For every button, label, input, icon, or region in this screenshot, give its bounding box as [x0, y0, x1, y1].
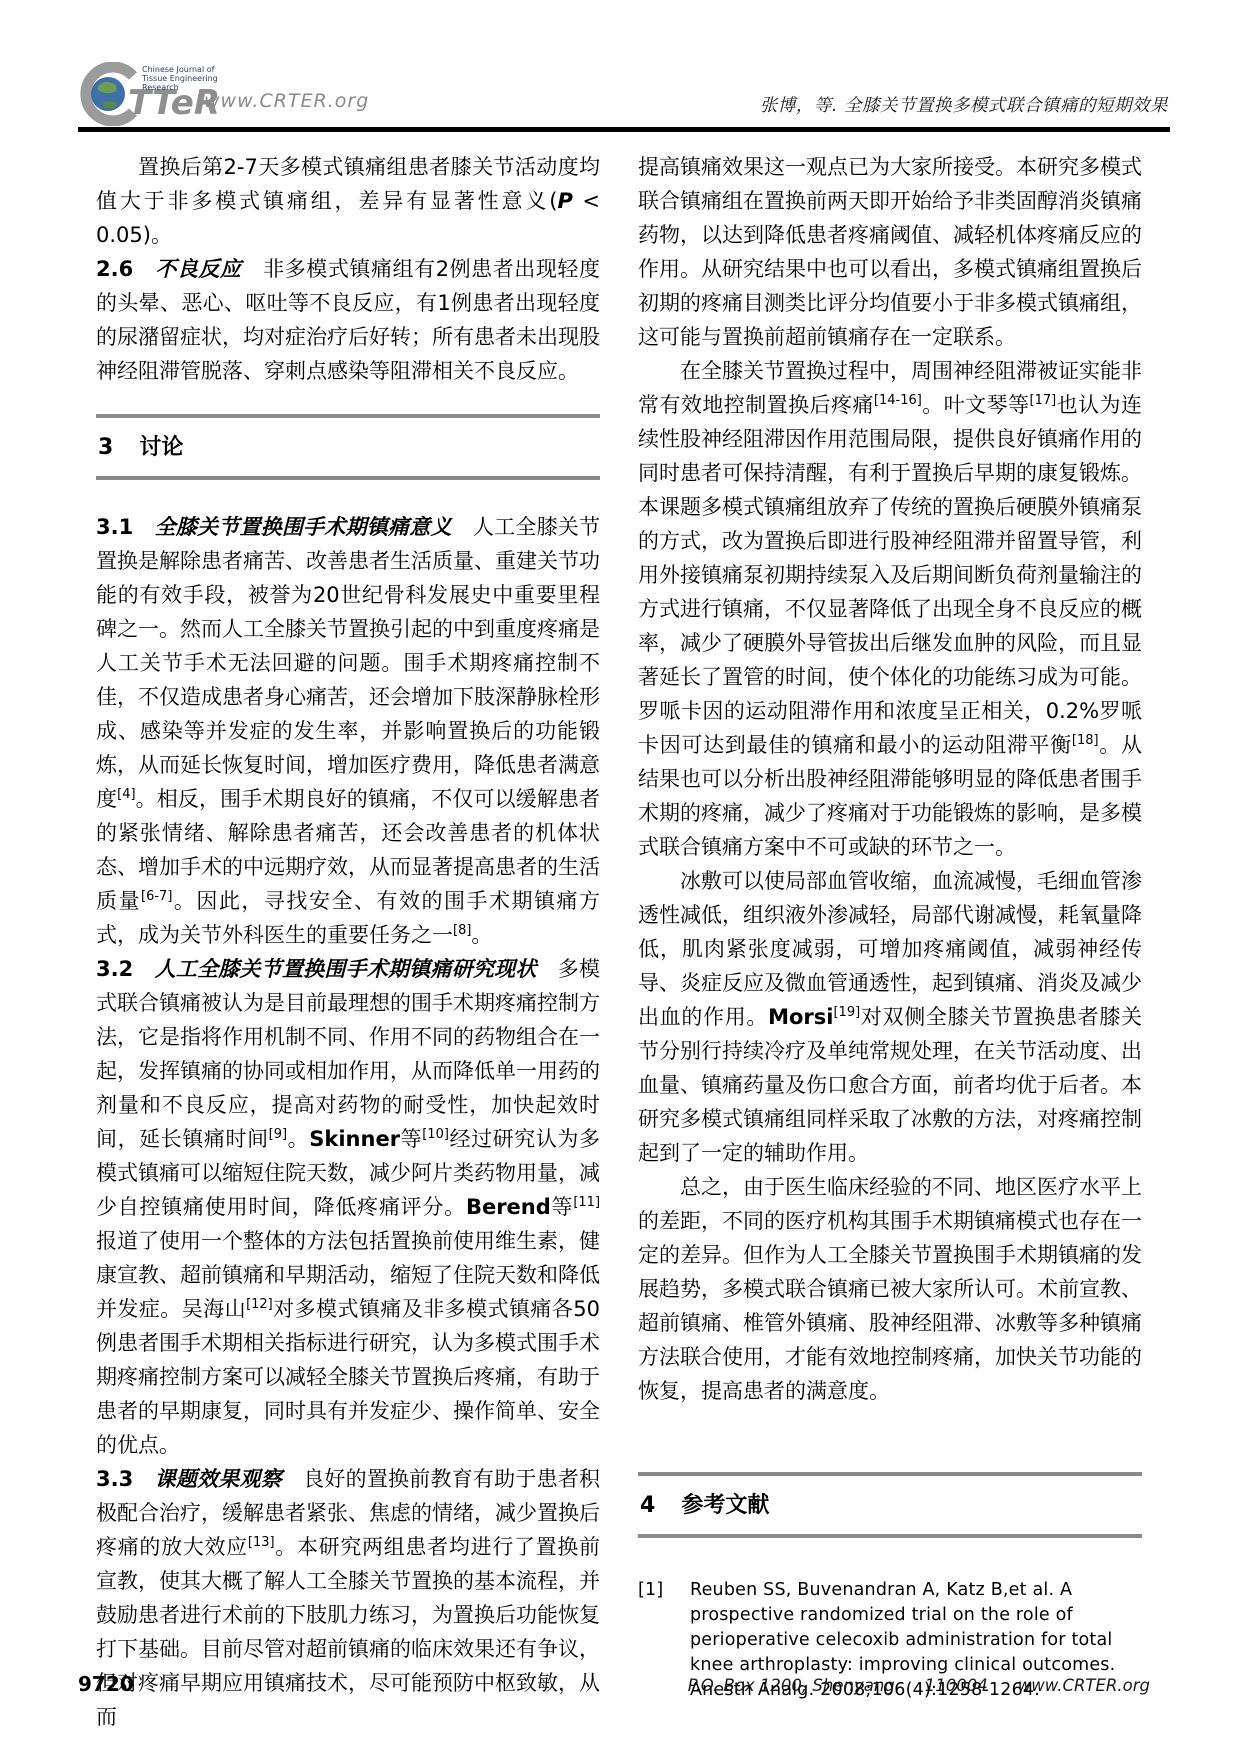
text-run: 多模式联合镇痛被认为是目前最理想的围手术期疼痛控制方法，它是指将作用机制不同、作… [96, 957, 600, 1151]
text-run: 。本研究两组患者均进行了置换前宣教，使其大概了解人工全膝关节置换的基本流程，并鼓… [96, 1535, 600, 1729]
section-heading: 4参考文献 [638, 1472, 1142, 1538]
logo-tagline-line2: Tissue Engineering [141, 74, 218, 83]
text-run: 。 [471, 923, 492, 947]
section-number: 4 [640, 1489, 655, 1523]
text-run: 。因此，寻找安全、有效的围手术期镇痛方式，成为关节外科医生的重要任务之一 [96, 889, 600, 947]
text-run: 置换后第2-7天多模式镇痛组患者膝关节活动度均值大于非多模式镇痛组，差异有显著性… [96, 155, 600, 213]
citation-superscript: [18] [1072, 733, 1099, 748]
section-number: 3 [98, 431, 113, 465]
citation-superscript: [9] [269, 1127, 287, 1142]
site-url: www.CRTER.org [204, 90, 369, 112]
text-run: 等 [400, 1127, 422, 1151]
text-run: 3.1 [96, 515, 155, 539]
text-run: 3.2 [96, 957, 155, 981]
paragraph: 2.6 不良反应 非多模式镇痛组有2例患者出现轻度的头晕、恶心、呕吐等不良反应，… [96, 252, 600, 388]
citation-superscript: [12] [246, 1297, 273, 1312]
paragraph: 冰敷可以使局部血管收缩，血流减慢，毛细血管渗透性减低，组织液外渗减轻，局部代谢减… [638, 864, 1142, 1170]
text-run: 对双侧全膝关节置换患者膝关节分别行持续冷疗及单纯常规处理，在关节活动度、出血量、… [638, 1005, 1142, 1165]
paragraph: 提高镇痛效果这一观点已为大家所接受。本研究多模式联合镇痛组在置换前两天即开始给予… [638, 150, 1142, 354]
footer-address-row: P.O. Box 1200, Shenyang 110004 www.CRTER… [688, 1676, 1150, 1695]
logo-tagline-line3: Research [142, 83, 179, 92]
text-run: 不良反应 [155, 257, 263, 281]
reference-number: [1] [638, 1578, 663, 1603]
footer-postcode: 110004 [925, 1676, 988, 1695]
citation-superscript: [14-16] [874, 393, 922, 408]
text-run: 3.3 [96, 1467, 155, 1491]
citation-superscript: [17] [1030, 393, 1057, 408]
citation-superscript: [10] [422, 1127, 449, 1142]
text-run: 总之，由于医生临床经验的不同、地区医疗水平上的差距，不同的医疗机构其围手术期镇痛… [638, 1175, 1142, 1403]
text-run: 对多模式镇痛及非多模式镇痛各50例患者围手术期相关指标进行研究，认为多模式围手术… [96, 1297, 600, 1457]
text-run: Skinner [309, 1127, 400, 1151]
column-right: 提高镇痛效果这一观点已为大家所接受。本研究多模式联合镇痛组在置换前两天即开始给予… [638, 150, 1142, 1703]
citation-superscript: [11] [573, 1195, 600, 1210]
page-number: 9720 [78, 1672, 134, 1696]
section-title: 参考文献 [681, 1493, 769, 1518]
footer-site: www.CRTER.org [1018, 1676, 1150, 1695]
footer-address: P.O. Box 1200, Shenyang [688, 1676, 895, 1695]
text-run: 提高镇痛效果这一观点已为大家所接受。本研究多模式联合镇痛组在置换前两天即开始给予… [638, 155, 1142, 349]
section-rule-bottom [638, 1534, 1142, 1538]
header-rule [78, 127, 1170, 132]
text-run: 2.6 [96, 257, 155, 281]
text-run: 等 [551, 1195, 574, 1219]
journal-page: TTeR Chinese Journal of Tissue Engineeri… [0, 0, 1249, 1754]
running-title: 张博，等. 全膝关节置换多模式联合镇痛的短期效果 [760, 92, 1168, 117]
text-run: Morsi [768, 1005, 833, 1029]
paragraph: 3.1 全膝关节置换围手术期镇痛意义 人工全膝关节置换是解除患者痛苦、改善患者生… [96, 510, 600, 952]
section-heading: 3讨论 [96, 414, 600, 480]
paragraph: 置换后第2-7天多模式镇痛组患者膝关节活动度均值大于非多模式镇痛组，差异有显著性… [96, 150, 600, 252]
text-run: 课题效果观察 [155, 1467, 304, 1491]
footer: 9720 P.O. Box 1200, Shenyang 110004 www.… [78, 1672, 1150, 1696]
text-run: 人工全膝关节置换是解除患者痛苦、改善患者生活质量、重建关节功能的有效手段，被誉为… [96, 515, 600, 811]
citation-superscript: [8] [453, 923, 471, 938]
citation-superscript: [19] [833, 1005, 860, 1020]
section-title-row: 3讨论 [96, 418, 600, 476]
text-run: 。 [287, 1127, 309, 1151]
citation-superscript: [6-7] [141, 889, 172, 904]
section-title: 讨论 [139, 435, 183, 460]
text-run: P [557, 189, 572, 213]
citation-superscript: [4] [117, 787, 135, 802]
paragraph: 总之，由于医生临床经验的不同、地区医疗水平上的差距，不同的医疗机构其围手术期镇痛… [638, 1170, 1142, 1408]
text-run: 。叶文琴等 [922, 393, 1030, 417]
section-rule-bottom [96, 476, 600, 480]
section-title-row: 4参考文献 [638, 1476, 1142, 1534]
paragraph: 在全膝关节置换过程中，周围神经阻滞被证实能非常有效地控制置换后疼痛[14-16]… [638, 354, 1142, 864]
logo-tagline-line1: Chinese Journal of [142, 65, 215, 74]
paragraph: 3.2 人工全膝关节置换围手术期镇痛研究现状 多模式联合镇痛被认为是目前最理想的… [96, 952, 600, 1462]
text-run: 全膝关节置换围手术期镇痛意义 [155, 515, 473, 539]
citation-superscript: [13] [248, 1535, 275, 1550]
text-run: 人工全膝关节置换围手术期镇痛研究现状 [155, 957, 558, 981]
text-run: Berend [466, 1195, 551, 1219]
column-left: 置换后第2-7天多模式镇痛组患者膝关节活动度均值大于非多模式镇痛组，差异有显著性… [96, 150, 600, 1734]
text-run: 也认为连续性股神经阻滞因作用范围局限，提供良好镇痛作用的同时患者可保持清醒，有利… [638, 393, 1142, 757]
